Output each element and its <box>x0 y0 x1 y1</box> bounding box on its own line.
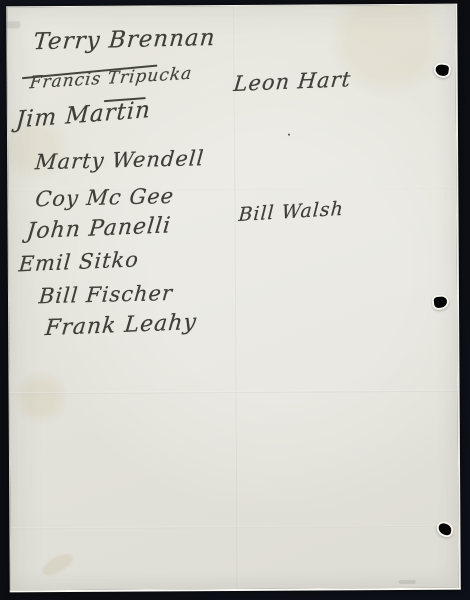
pencil-notation <box>399 580 416 584</box>
signature-terry-brennan: Terry Brennan <box>32 25 216 55</box>
ink-dot <box>288 134 290 136</box>
paper-stain <box>39 550 76 580</box>
punch-hole <box>433 62 452 79</box>
signature-coy-mc-gee: Coy Mc Gee <box>34 184 175 211</box>
signature-john-panelli: John Panelli <box>25 213 172 244</box>
punch-hole <box>431 294 450 311</box>
autograph-sheet: Terry Brennan Francis Tripucka Jim Marti… <box>6 4 461 593</box>
punch-hole <box>435 520 455 539</box>
signature-marty-wendell: Marty Wendell <box>34 146 205 174</box>
horizontal-fold-crease <box>10 390 458 395</box>
horizontal-fold-crease <box>10 525 458 530</box>
signature-bill-walsh: Bill Walsh <box>238 198 345 226</box>
photo-background: Terry Brennan Francis Tripucka Jim Marti… <box>0 0 470 600</box>
signature-leon-hart: Leon Hart <box>232 67 352 96</box>
pencil-notation <box>7 21 20 28</box>
signature-jim-martin: Jim Martin <box>15 97 152 133</box>
signature-emil-sitko: Emil Sitko <box>18 247 140 276</box>
signature-frank-leahy: Frank Leahy <box>44 310 198 341</box>
signature-bill-fischer: Bill Fischer <box>38 281 174 308</box>
